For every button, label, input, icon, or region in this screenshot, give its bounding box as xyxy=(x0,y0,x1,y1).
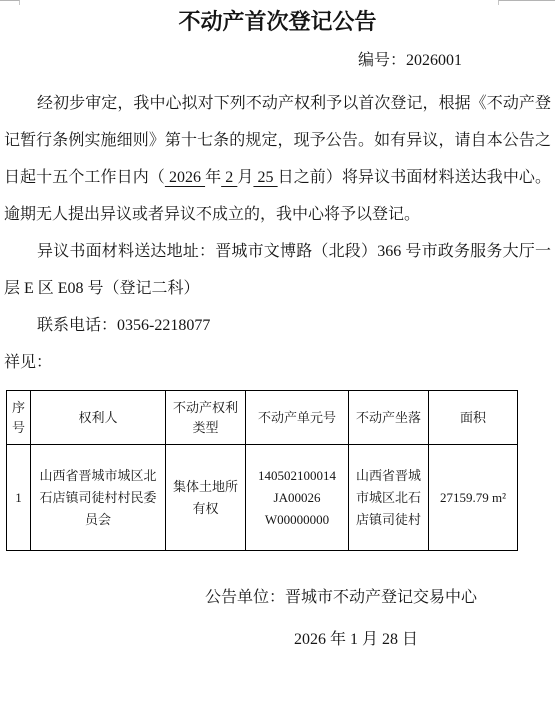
cell-right-type: 集体土地所有权 xyxy=(166,445,246,551)
announcement-document: 不动产首次登记公告 编号：2026001 经初步审定，我中心拟对下列不动产权利予… xyxy=(0,0,555,716)
unit-no-line2: JA00026 xyxy=(249,487,345,509)
registration-table: 序号 权利人 不动产权利类型 不动产单元号 不动产坐落 面积 1 山西省晋城市城… xyxy=(6,390,518,551)
col-header-right-type: 不动产权利类型 xyxy=(166,391,246,445)
cell-location: 山西省晋城市城区北石店镇司徒村 xyxy=(349,445,429,551)
unit-no-line3: W00000000 xyxy=(249,509,345,531)
gridline-artifact-right xyxy=(498,0,555,5)
notice-paragraph-main: 经初步审定，我中心拟对下列不动产权利予以首次登记，根据《不动产登记暂行条例实施细… xyxy=(4,85,551,233)
col-header-area: 面积 xyxy=(429,391,518,445)
col-header-unit-no: 不动产单元号 xyxy=(246,391,349,445)
cell-owner: 山西省晋城市城区北石店镇司徒村村民委员会 xyxy=(31,445,166,551)
page-title: 不动产首次登记公告 xyxy=(0,0,555,37)
table-header-row: 序号 权利人 不动产权利类型 不动产单元号 不动产坐落 面积 xyxy=(7,391,518,445)
gridline-artifact-left xyxy=(0,0,20,5)
deadline-day: 25 xyxy=(253,169,277,186)
col-header-owner: 权利人 xyxy=(31,391,166,445)
notice-paragraph-phone: 联系电话：0356-2218077 xyxy=(4,307,551,344)
announcement-date: 2026 年 1 月 28 日 xyxy=(0,629,555,651)
notice-paragraph-see: 祥见： xyxy=(4,344,551,381)
deadline-year: 2026 xyxy=(165,169,205,186)
para-main-seg2: 年 xyxy=(205,169,221,186)
para-main-seg3: 月 xyxy=(237,169,253,186)
unit-no-line1: 140502100014 xyxy=(249,465,345,487)
doc-number: 编号：2026001 xyxy=(0,50,555,72)
col-header-seq: 序号 xyxy=(7,391,31,445)
table-row: 1 山西省晋城市城区北石店镇司徒村村民委员会 集体土地所有权 140502100… xyxy=(7,445,518,551)
cell-area: 27159.79 m² xyxy=(429,445,518,551)
col-header-location: 不动产坐落 xyxy=(349,391,429,445)
cell-unit-no: 140502100014 JA00026 W00000000 xyxy=(246,445,349,551)
notice-body: 经初步审定，我中心拟对下列不动产权利予以首次登记，根据《不动产登记暂行条例实施细… xyxy=(4,85,551,381)
notice-paragraph-address: 异议书面材料送达地址：晋城市文博路（北段）366 号市政务服务大厅一层 E 区 … xyxy=(4,233,551,307)
cell-seq: 1 xyxy=(7,445,31,551)
deadline-month: 2 xyxy=(221,169,237,186)
announcing-unit: 公告单位：晋城市不动产登记交易中心 xyxy=(0,587,555,609)
